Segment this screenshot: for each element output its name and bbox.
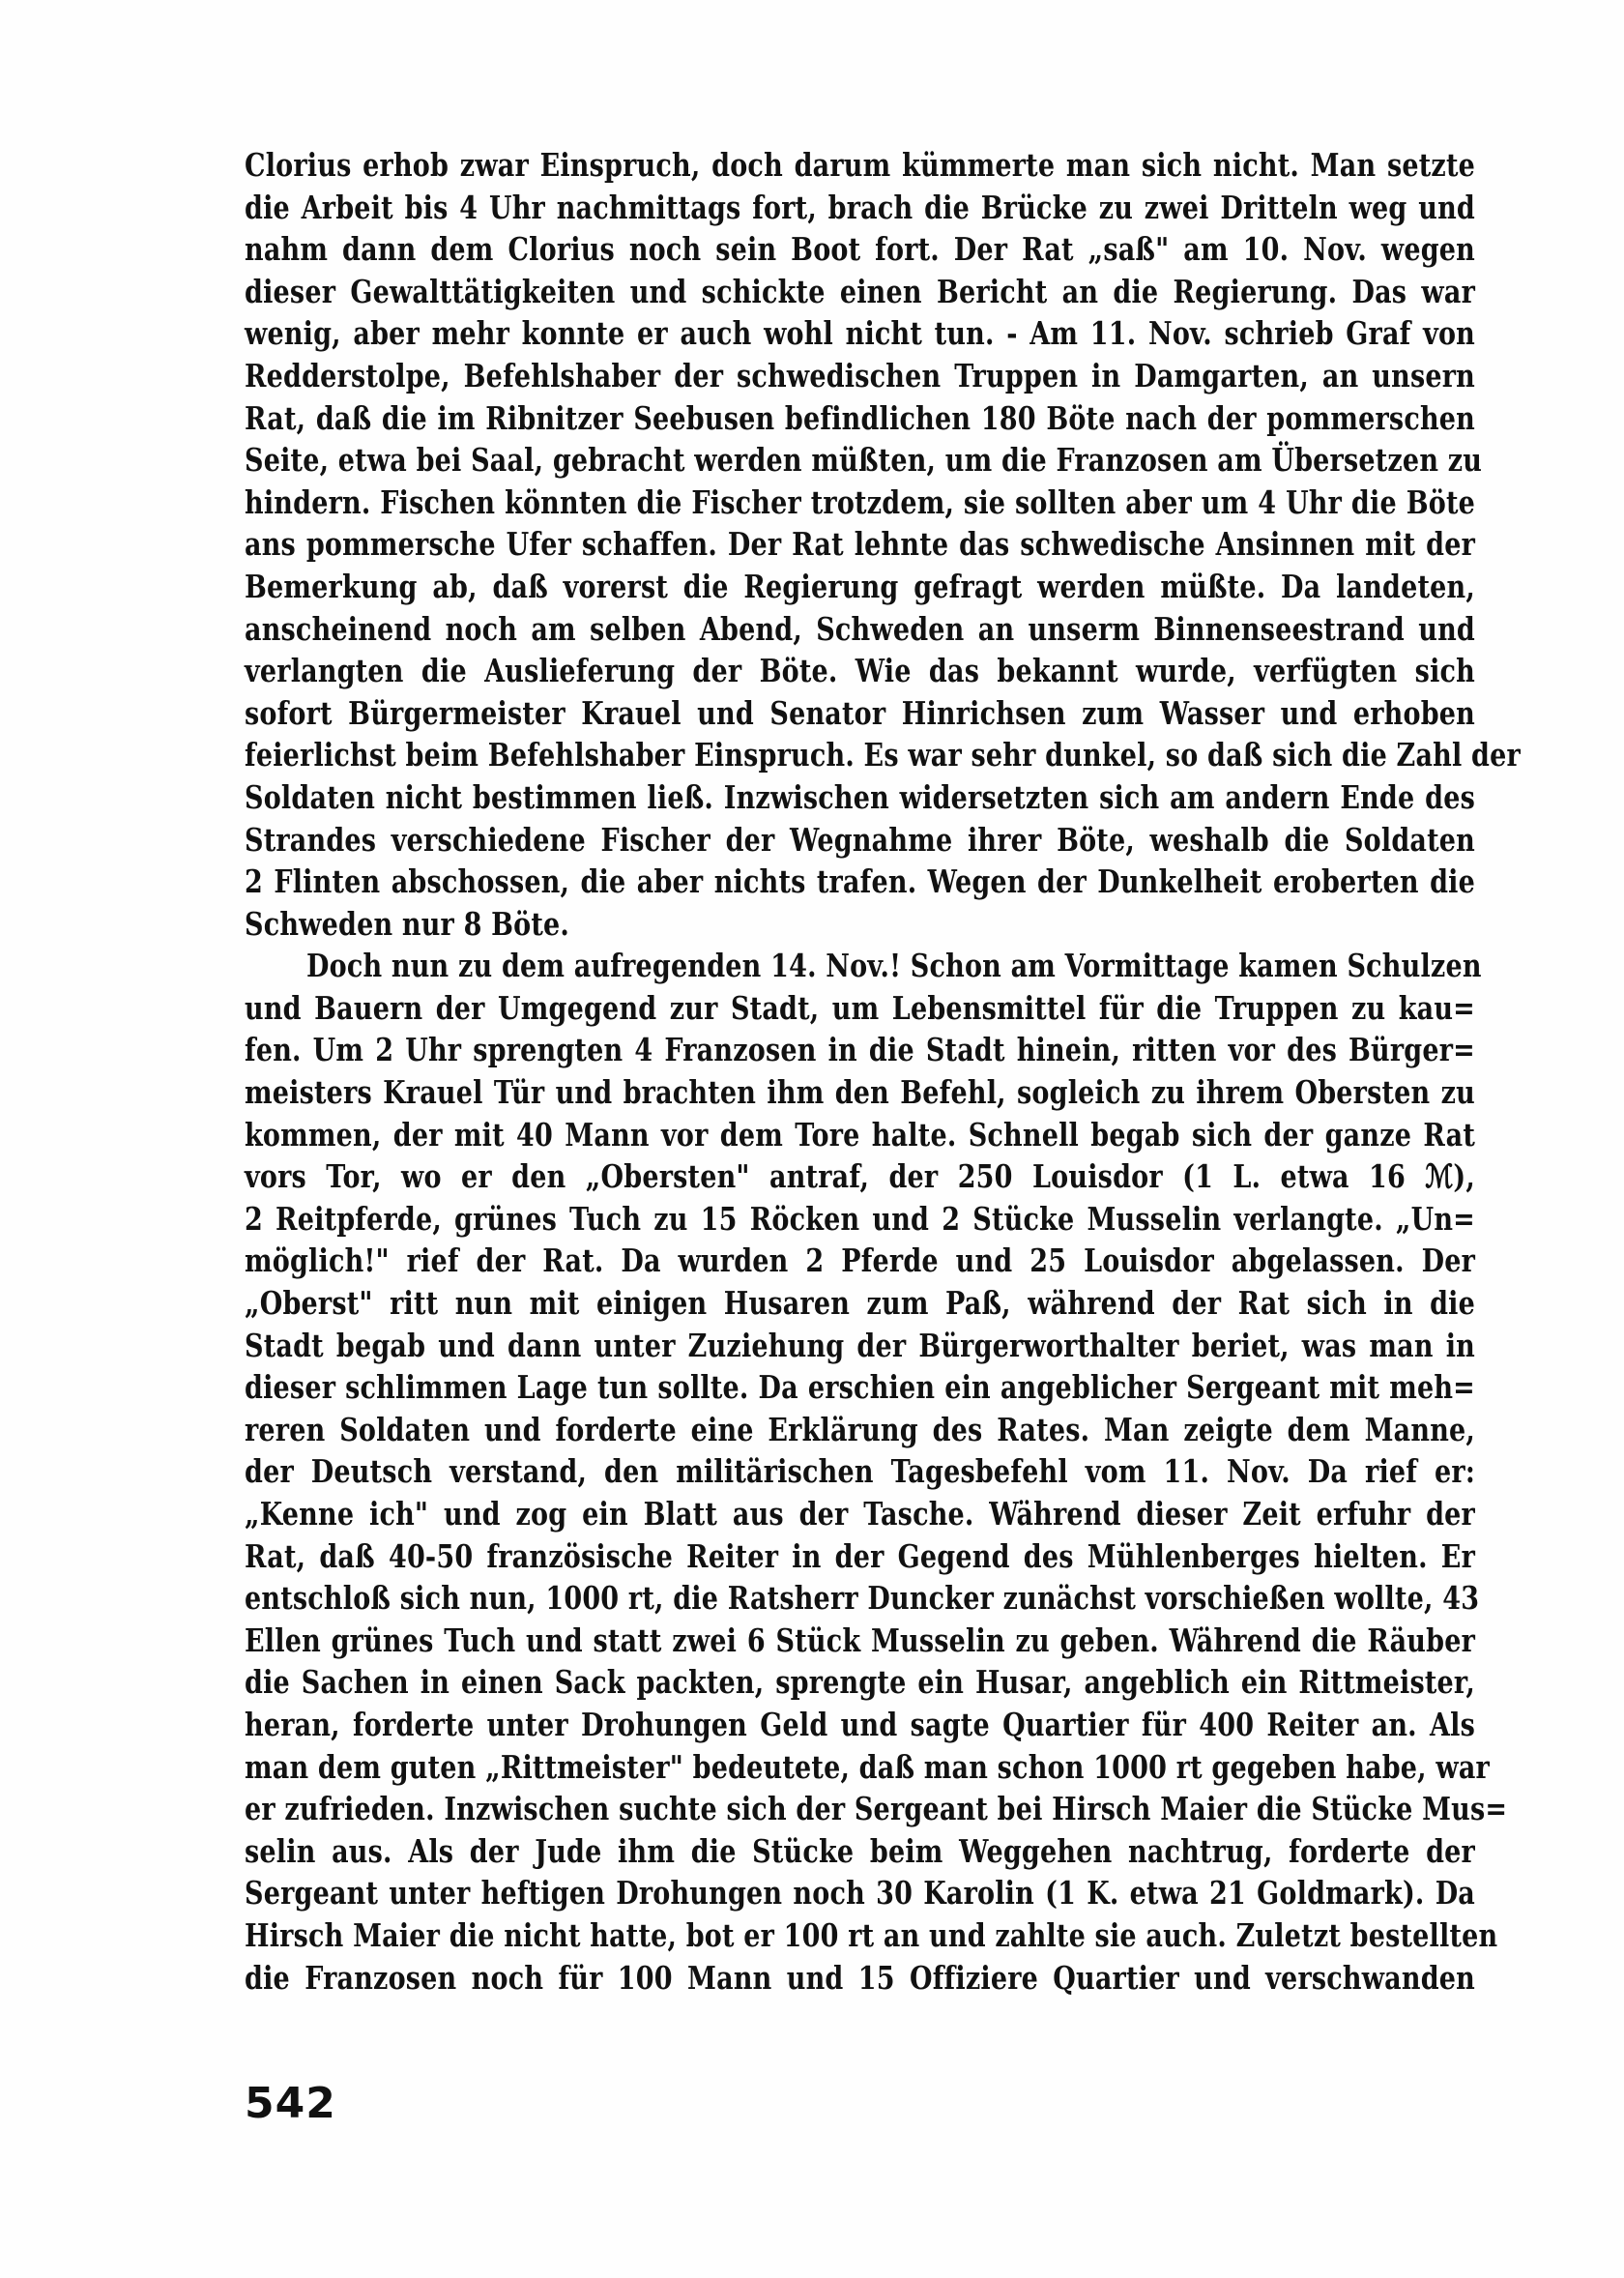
text-line: die Franzosen noch für 100 Mann und 15 O… <box>245 1953 1475 2004</box>
book-page: Clorius erhob zwar Einspruch, doch darum… <box>0 0 1624 2278</box>
body-text: Clorius erhob zwar Einspruch, doch darum… <box>245 145 1475 2000</box>
paragraph: Doch nun zu dem aufregenden 14. Nov.! Sc… <box>245 946 1475 2000</box>
paragraph: Clorius erhob zwar Einspruch, doch darum… <box>245 145 1475 946</box>
page-number: 542 <box>245 2079 336 2128</box>
